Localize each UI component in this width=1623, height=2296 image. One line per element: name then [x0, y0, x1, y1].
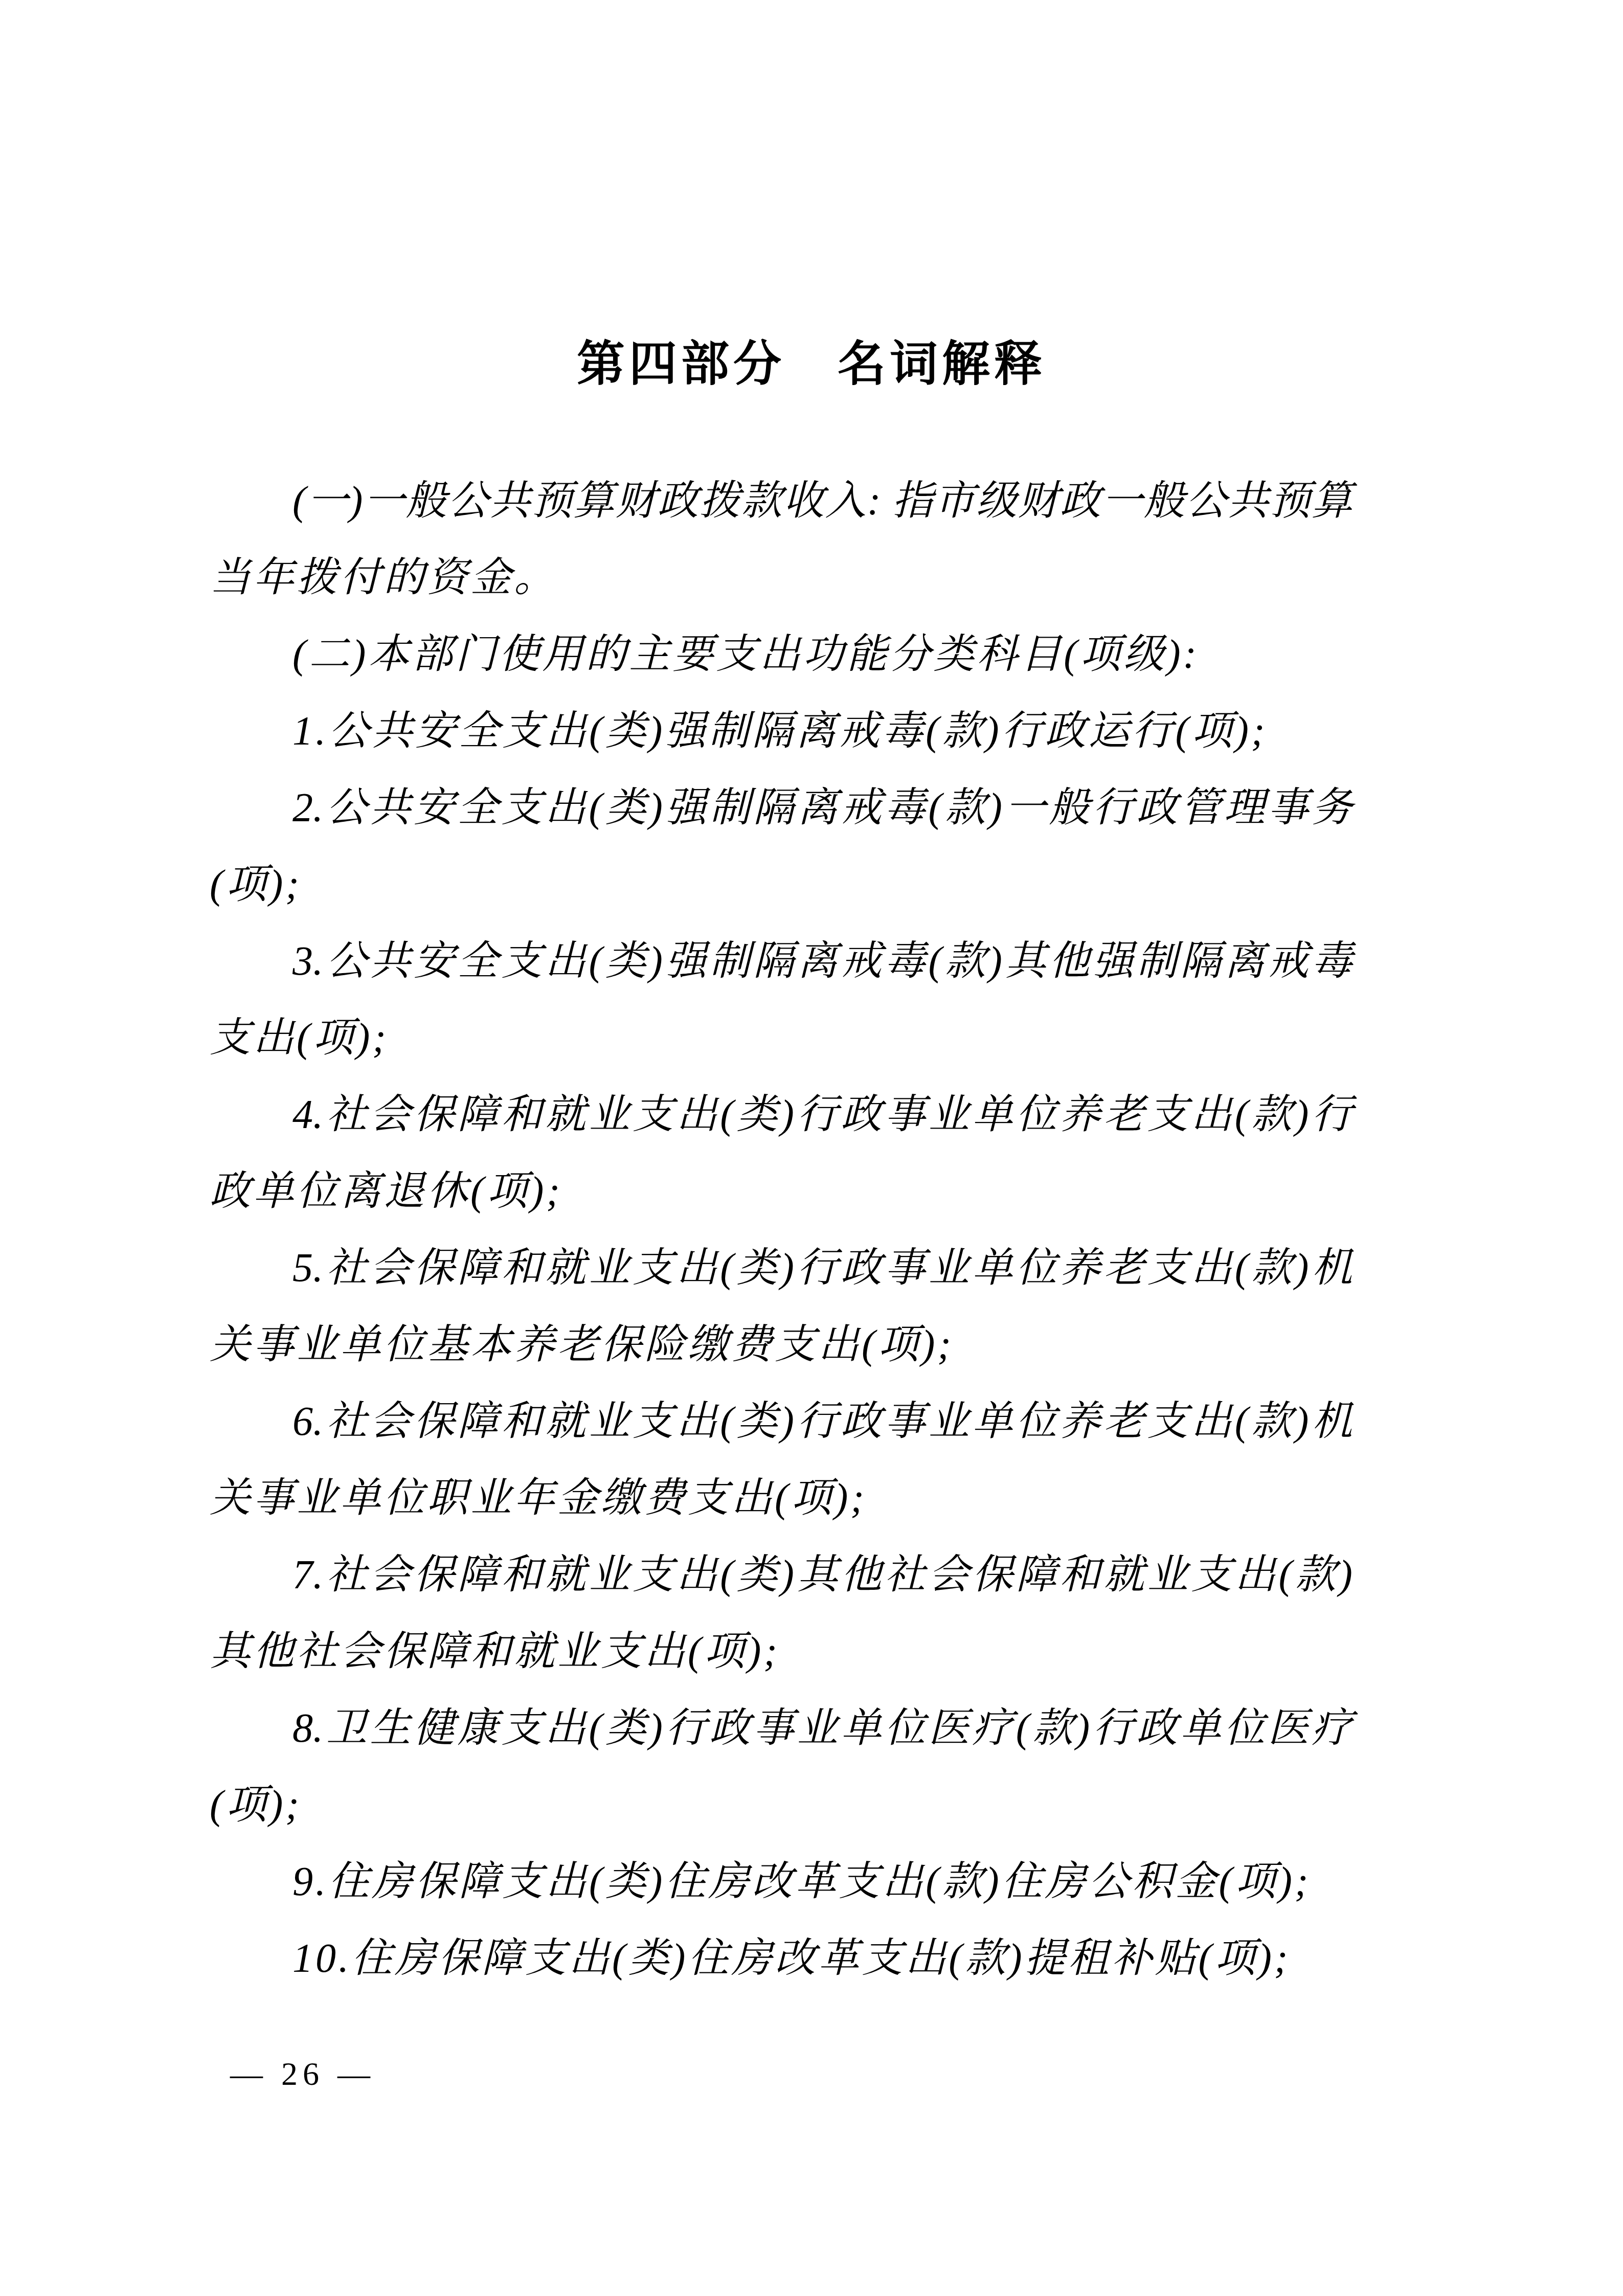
- text-line: 1.公共安全支出(类)强制隔离戒毒(款)行政运行(项);: [210, 693, 1352, 770]
- text-line: 5.社会保障和就业支出(类)行政事业单位养老支出(款)机: [210, 1230, 1352, 1307]
- page-number: — 26 —: [230, 2055, 375, 2094]
- text-line: 8.卫生健康支出(类)行政事业单位医疗(款)行政单位医疗: [210, 1690, 1352, 1767]
- text-line: (一)一般公共预算财政拨款收入: 指市级财政一般公共预算: [210, 463, 1352, 539]
- text-line: 其他社会保障和就业支出(项);: [210, 1613, 1352, 1690]
- document-sheet: 第四部分 名词解释 (一)一般公共预算财政拨款收入: 指市级财政一般公共预算当年…: [0, 0, 1623, 2296]
- text-line: 6.社会保障和就业支出(类)行政事业单位养老支出(款)机: [210, 1383, 1352, 1460]
- text-line: 当年拨付的资金。: [210, 539, 1352, 616]
- text-line: 7.社会保障和就业支出(类)其他社会保障和就业支出(款): [210, 1537, 1352, 1613]
- text-line: 9.住房保障支出(类)住房改革支出(款)住房公积金(项);: [210, 1843, 1352, 1920]
- text-line: 关事业单位职业年金缴费支出(项);: [210, 1460, 1352, 1537]
- text-line: (项);: [210, 1767, 1352, 1843]
- text-line: 10.住房保障支出(类)住房改革支出(款)提租补贴(项);: [210, 1920, 1352, 1997]
- text-line: 支出(项);: [210, 1000, 1352, 1076]
- text-line: 关事业单位基本养老保险缴费支出(项);: [210, 1307, 1352, 1383]
- section-title: 第四部分 名词解释: [0, 337, 1623, 390]
- text-line: 4.社会保障和就业支出(类)行政事业单位养老支出(款)行: [210, 1076, 1352, 1153]
- text-line: 政单位离退休(项);: [210, 1153, 1352, 1230]
- document-page: { "doc": { "title": "第四部分 名词解释", "page_n…: [0, 0, 1623, 2296]
- text-line: 3.公共安全支出(类)强制隔离戒毒(款)其他强制隔离戒毒: [210, 923, 1352, 1000]
- text-line: (项);: [210, 846, 1352, 923]
- text-line: (二)本部门使用的主要支出功能分类科目(项级):: [210, 616, 1352, 693]
- text-line: 2.公共安全支出(类)强制隔离戒毒(款)一般行政管理事务: [210, 770, 1352, 846]
- document-body: (一)一般公共预算财政拨款收入: 指市级财政一般公共预算当年拨付的资金。(二)本…: [210, 463, 1352, 1997]
